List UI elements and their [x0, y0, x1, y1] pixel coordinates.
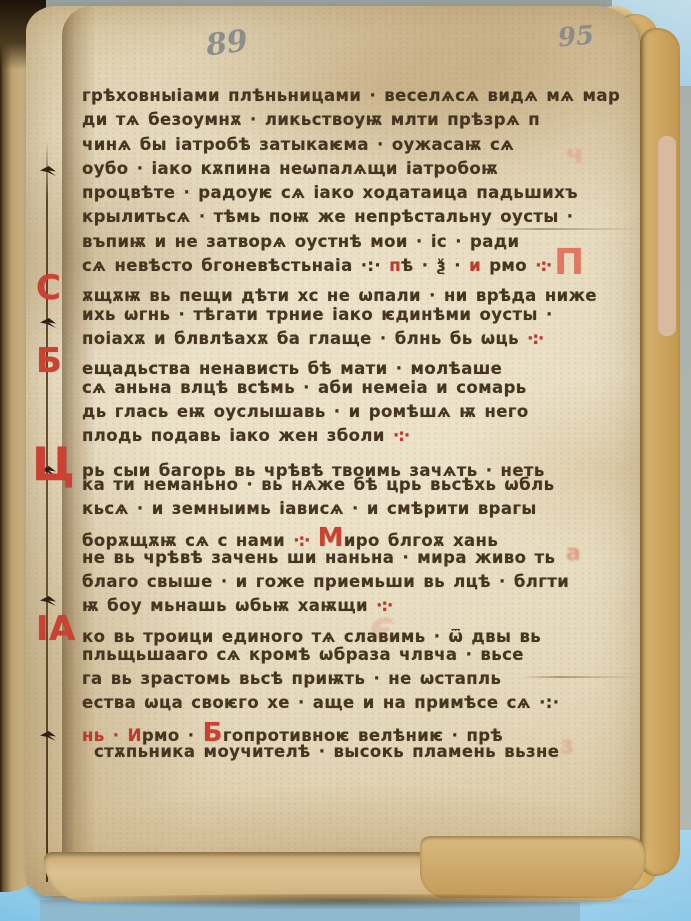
text-line: поіахѫ и блвлѣахѫ ба глаще · блнь бь ѡць… — [82, 329, 574, 353]
text-line: крылитьсѧ · тѣмь поѭ же непрѣстальну оус… — [82, 207, 574, 231]
text-line: въпиѭ и не затворѧ оустнѣ мои · іс · рад… — [82, 232, 574, 256]
text-line: нь · Ирмо · Бгопротивноѥ велѣниѥ · прѣ — [82, 718, 574, 742]
text-line: стѫпьника моучителѣ · высокь пламень вьз… — [82, 742, 574, 766]
text-line: грѣховныіами плѣньницами · веселѧсѧ видѧ… — [82, 86, 574, 110]
text-line: ди тѧ безоумнѫ · ликьствоуѭ млти прѣзрѧ … — [82, 110, 574, 134]
text-line: ІАко вь троици единого тѧ славимь · ѿ дв… — [82, 621, 574, 645]
text-line: Бещадьства ненависть бѣ мати · молѣаше — [82, 353, 574, 377]
text-line: сѧ невѣсто бгоневѣстьнаіа ·:· пѣ · ѯ · и… — [82, 256, 574, 280]
text-line: борѫщѫѭ сѧ с нами ·:· Миро блгоѫ хань — [82, 523, 574, 547]
text-line: дь глась еѭ оуслышавь · и ромѣшѧ ѭ него — [82, 402, 574, 426]
text-line: сѧ аньна влцѣ всѣмь · аби немеіа и сомар… — [82, 378, 574, 402]
pencil-folio-number-right: 95 — [557, 20, 596, 53]
text-line: ка ти неманьно · вь нѧже бѣ црь вьсѣхь ѡ… — [82, 475, 574, 499]
text-line: ихь ѡгнь · тѣгати трние іако ѥдинѣми оус… — [82, 305, 574, 329]
text-line: оубо · іако кѫпина неѡпалѧщи іатробоѭ — [82, 159, 574, 183]
gutter-fold-line — [46, 140, 48, 882]
text-line: не вь чрѣвѣ зачень ши наньна · мира живо… — [82, 548, 574, 572]
text-line: ѭ боу мьнашь ѡбьѭ хаѭщи ·:· — [82, 596, 574, 620]
text-line: кьсѧ · и земныимь іависѧ · и смѣрити вра… — [82, 499, 574, 523]
text-line: га вь зрастомь вьсѣ приѭть · не ѡстапль — [82, 669, 574, 693]
text-block: грѣховныіами плѣньницами · веселѧсѧ видѧ… — [82, 86, 574, 766]
book-shadow — [30, 894, 656, 910]
text-line: чинѧ бы іатробѣ затыкаѥма · оужасаѭ сѧ — [82, 135, 574, 159]
pencil-folio-number-left: 89 — [204, 24, 250, 64]
text-line: плодь подавь іако жен зболи ·:· — [82, 426, 574, 450]
text-line: процвѣте · радоуѥ сѧ іако ходатаица падь… — [82, 183, 574, 207]
page-edge-band — [658, 136, 676, 336]
text-line: ества ѡца своѥго хе · аще и на примѣсе с… — [82, 693, 574, 717]
text-line: Сѫщѫѭ вь пещи дѣти хс не ѡпали · ни врѣд… — [82, 280, 574, 304]
text-line: благо свыше · и гоже приемьши вь лцѣ · б… — [82, 572, 574, 596]
text-line: Црь сыи багорь вь чрѣвѣ твоимь зачѧть · … — [82, 450, 574, 474]
text-line: пльщьшааго сѧ кромѣ ѡбраза члвча · вьсе — [82, 645, 574, 669]
torn-corner-flap — [420, 836, 646, 898]
